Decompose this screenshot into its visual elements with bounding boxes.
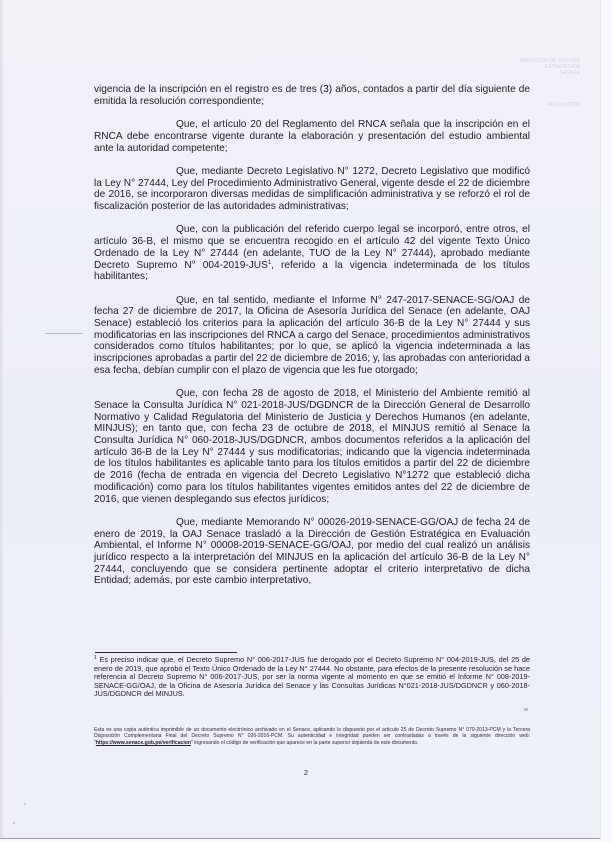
verification-notice: Esta es una copia auténtica imprimible d… [94,727,530,746]
bleed-through-text: DIRECCIÓN DE GESTIÓN ESTRATÉGICA SENACE [505,58,580,76]
bleed-through-text: RESOLUCIÓN [525,102,580,108]
scan-speck [24,803,26,805]
scan-edge-shadow [0,0,4,838]
footnote: 1 Es preciso indicar que, el Decreto Sup… [94,656,530,699]
page-number: 2 [296,768,316,777]
bleed-through-line: DIRECCIÓN DE GESTIÓN ESTRATÉGICA [505,58,580,70]
paragraph: Que, mediante Decreto Legislativo N° 127… [94,166,530,213]
document-body: vigencia de la inscripción en el registr… [94,84,530,587]
paragraph: Que, en tal sentido, mediante el Informe… [94,295,530,377]
paragraph: Que, el artículo 20 del Reglamento del R… [94,119,530,154]
paragraph: Que, con la publicación del referido cue… [94,224,530,283]
footnote-text: Es preciso indicar que, el Decreto Supre… [94,655,530,698]
bleed-through-line: SENACE [505,70,580,76]
verification-link[interactable]: https://www.senace.gob.pe/verificacion [96,740,191,746]
margin-pen-mark [45,333,83,334]
footnote-separator [95,652,237,653]
paragraph: vigencia de la inscripción en el registr… [94,84,530,107]
paragraph: Que, mediante Memorando N° 00026-2019-SE… [94,517,530,587]
bleed-through-line: RESOLUCIÓN [525,102,580,108]
scan-speck [13,822,15,824]
verification-text: " ingresando el código de verificación q… [191,740,419,746]
document-page: DIRECCIÓN DE GESTIÓN ESTRATÉGICA SENACE … [0,0,600,839]
paragraph: Que, con fecha 28 de agosto de 2018, el … [94,388,530,505]
scan-speck [524,708,528,711]
